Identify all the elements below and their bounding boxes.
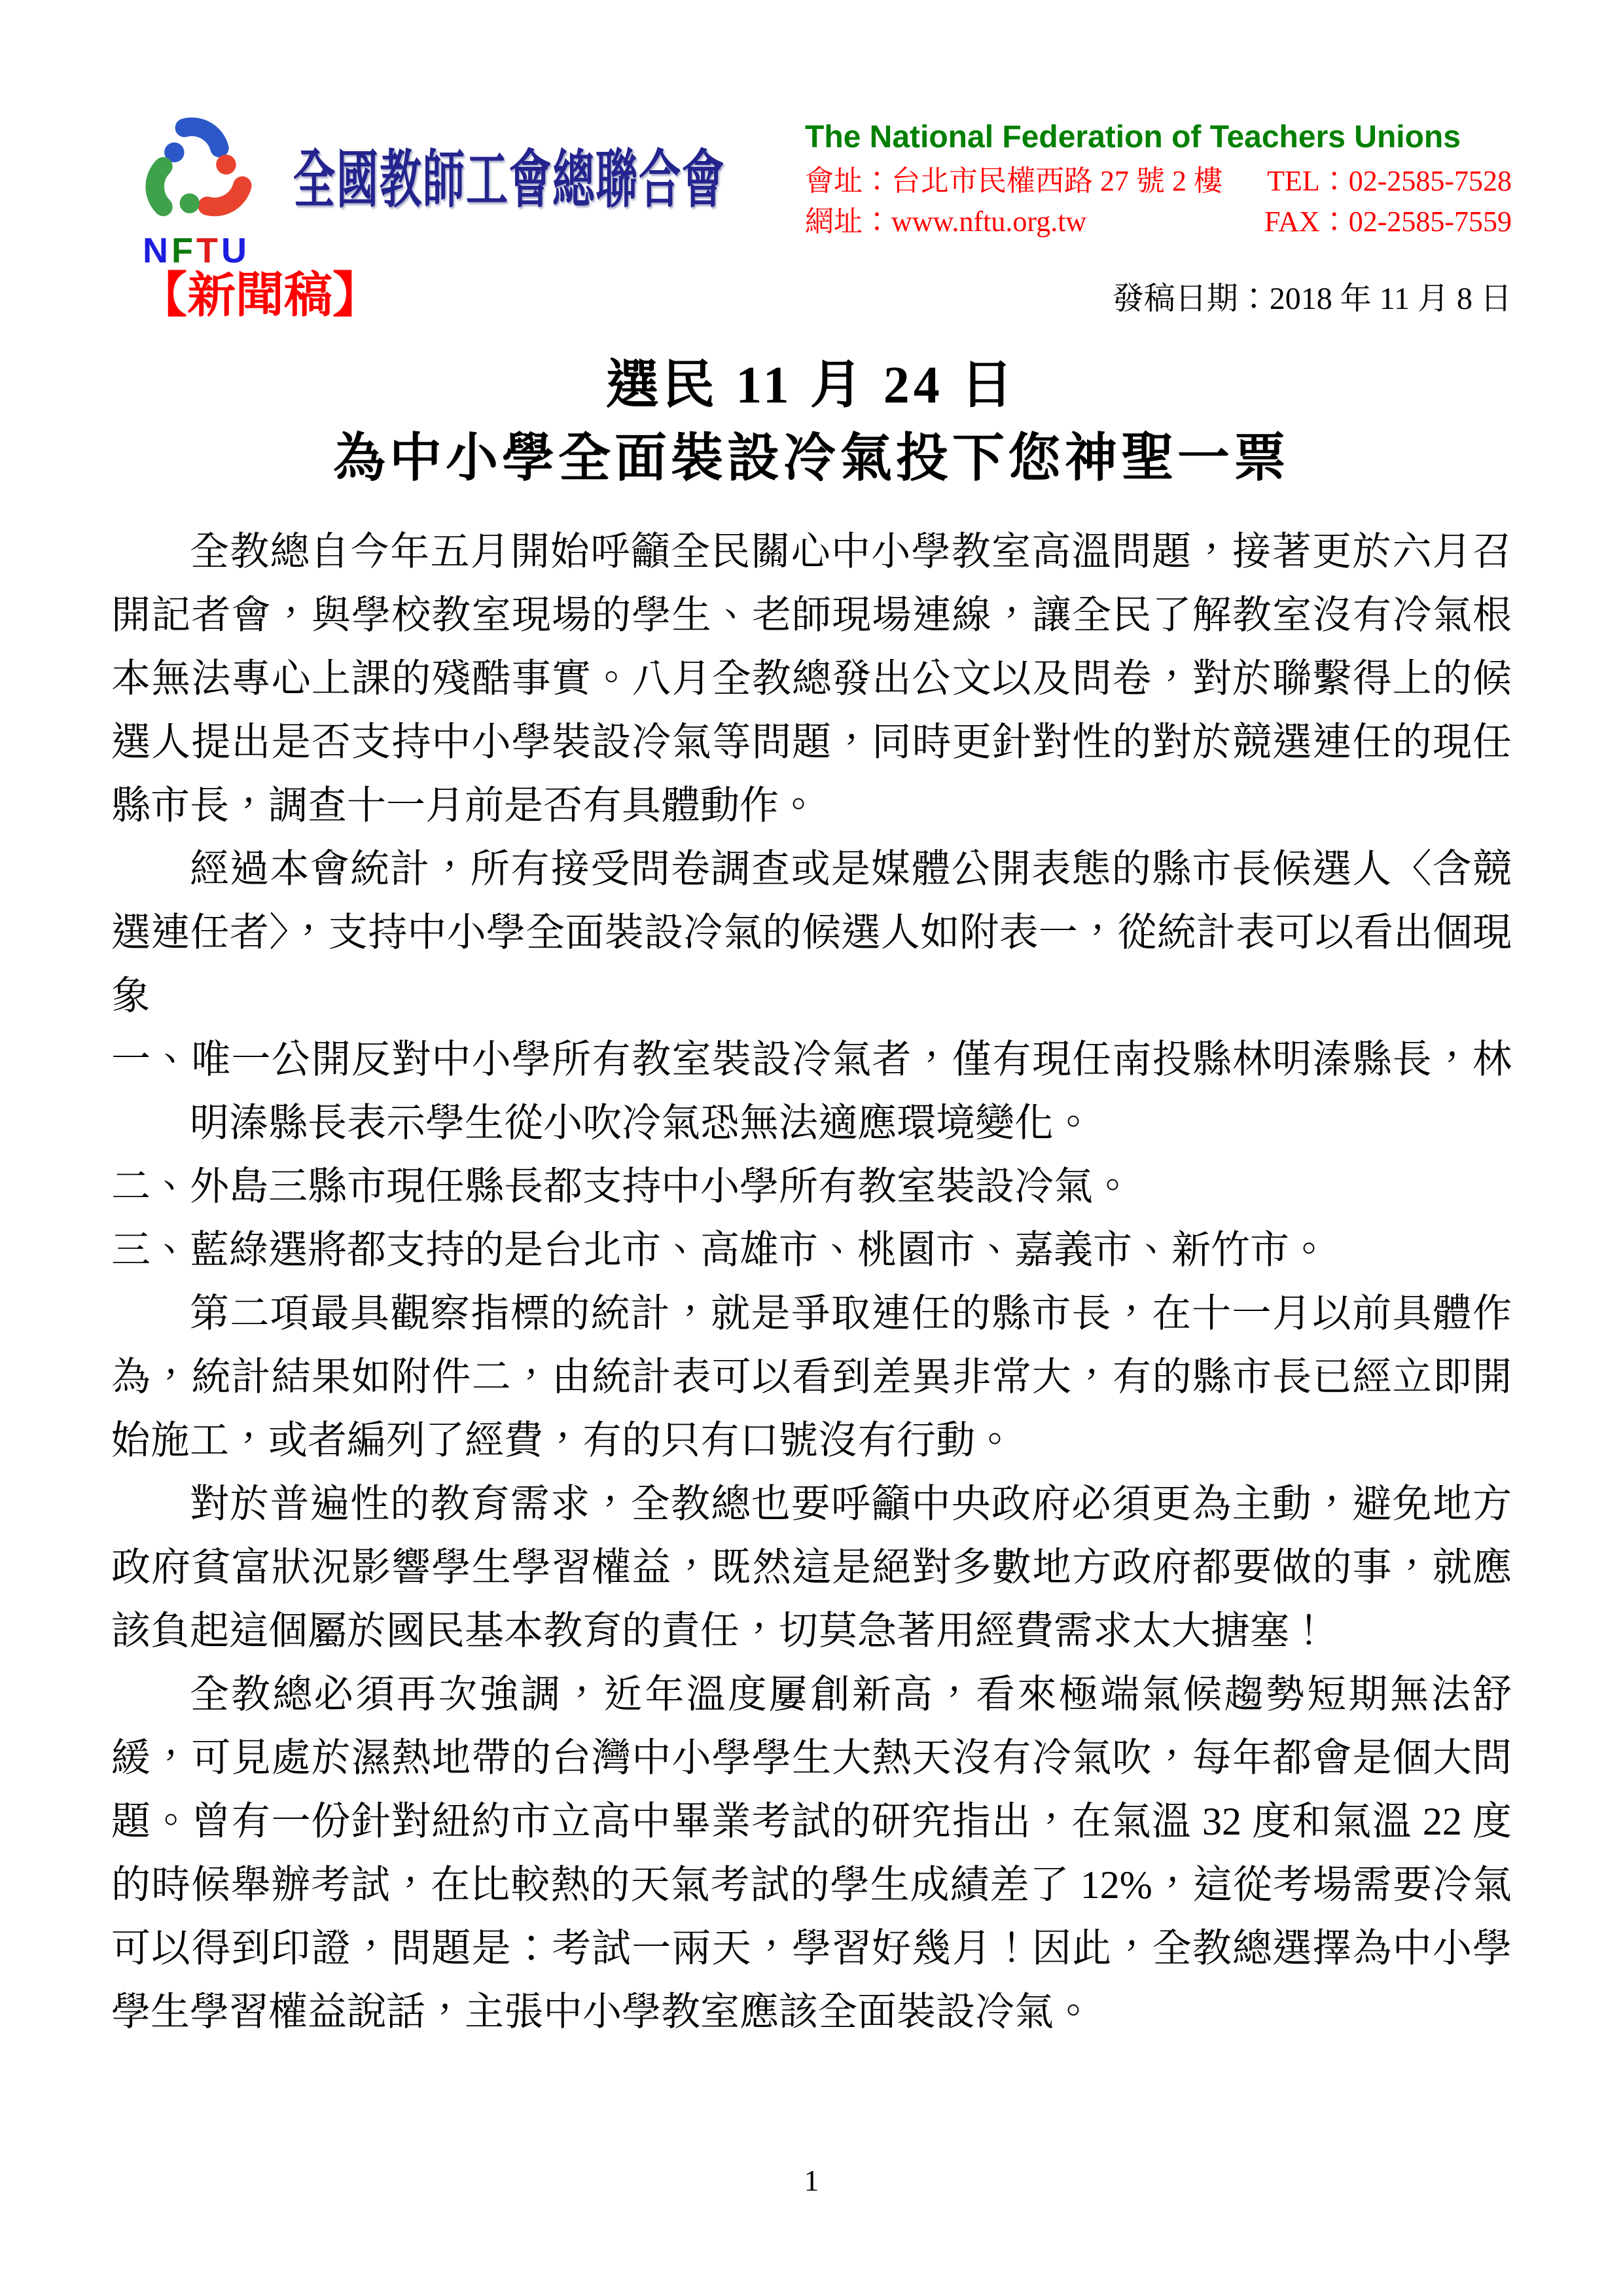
paragraph-1: 全教總自今年五月開始呼籲全民關心中小學教室高溫問題，接著更於六月召開記者會，與學… — [111, 520, 1512, 838]
nftu-letter: F — [171, 231, 196, 270]
nftu-logo: NFTU — [111, 111, 281, 268]
press-release-page: NFTU 全國教師工會總聯合會 The National Federation … — [0, 0, 1623, 2296]
release-date: 發稿日期：2018 年 11 月 8 日 — [1113, 282, 1512, 317]
meta-row: 【新聞稿】 發稿日期：2018 年 11 月 8 日 — [111, 270, 1512, 323]
tel-text: TEL：02-2585-7528 — [1267, 167, 1512, 196]
document-title-line1: 選民 11 月 24 日 — [111, 349, 1512, 422]
paragraph-3: 第二項最具觀察指標的統計，就是爭取連任的縣市長，在十一月以前具體作為，統計結果如… — [111, 1282, 1512, 1473]
list-item-1: 一、唯一公開反對中小學所有教室裝設冷氣者，僅有現任南投縣林明溱縣長，林明溱縣長表… — [111, 1028, 1512, 1155]
header-left: NFTU 全國教師工會總聯合會 — [111, 111, 725, 268]
paragraph-4: 對於普遍性的教育需求，全教總也要呼籲中央政府必須更為主動，避免地方政府貧富狀況影… — [111, 1473, 1512, 1663]
list-item-3: 三、藍綠選將都支持的是台北市、高雄市、桃園市、嘉義市、新竹市。 — [111, 1219, 1512, 1282]
nftu-letter: T — [196, 231, 221, 270]
org-name-chinese: 全國教師工會總聯合會 — [293, 130, 725, 220]
nftu-triskelion-icon — [130, 111, 264, 236]
list-item-2: 二、外島三縣市現任縣長都支持中小學所有教室裝設冷氣。 — [111, 1155, 1512, 1219]
contact-row-1: 會址：台北市民權西路 27 號 2 樓 TEL：02-2585-7528 — [805, 167, 1512, 196]
nftu-letter: U — [221, 231, 250, 270]
document-body: 全教總自今年五月開始呼籲全民關心中小學教室高溫問題，接著更於六月召開記者會，與學… — [111, 520, 1512, 2044]
website-text: 網址：www.nftu.org.tw — [805, 207, 1086, 236]
header: NFTU 全國教師工會總聯合會 The National Federation … — [111, 111, 1512, 268]
fax-text: FAX：02-2585-7559 — [1264, 207, 1512, 236]
document-title-line2: 為中小學全面裝設冷氣投下您神聖一票 — [111, 422, 1512, 495]
header-right: The National Federation of Teachers Unio… — [805, 111, 1512, 236]
org-name-english: The National Federation of Teachers Unio… — [805, 119, 1512, 155]
press-release-label: 【新聞稿】 — [139, 270, 381, 323]
paragraph-5: 全教總必須再次強調，近年溫度屢創新高，看來極端氣候趨勢短期無法舒緩，可見處於濕熱… — [111, 1663, 1512, 2044]
nftu-acronym: NFTU — [111, 233, 281, 268]
document-title: 選民 11 月 24 日 為中小學全面裝設冷氣投下您神聖一票 — [111, 349, 1512, 495]
contact-row-2: 網址：www.nftu.org.tw FAX：02-2585-7559 — [805, 207, 1512, 236]
paragraph-2: 經過本會統計，所有接受問卷調查或是媒體公開表態的縣市長候選人〈含競選連任者〉，支… — [111, 838, 1512, 1028]
nftu-letter: N — [143, 231, 171, 270]
page-number: 1 — [0, 2163, 1623, 2198]
address-text: 會址：台北市民權西路 27 號 2 樓 — [805, 167, 1222, 196]
